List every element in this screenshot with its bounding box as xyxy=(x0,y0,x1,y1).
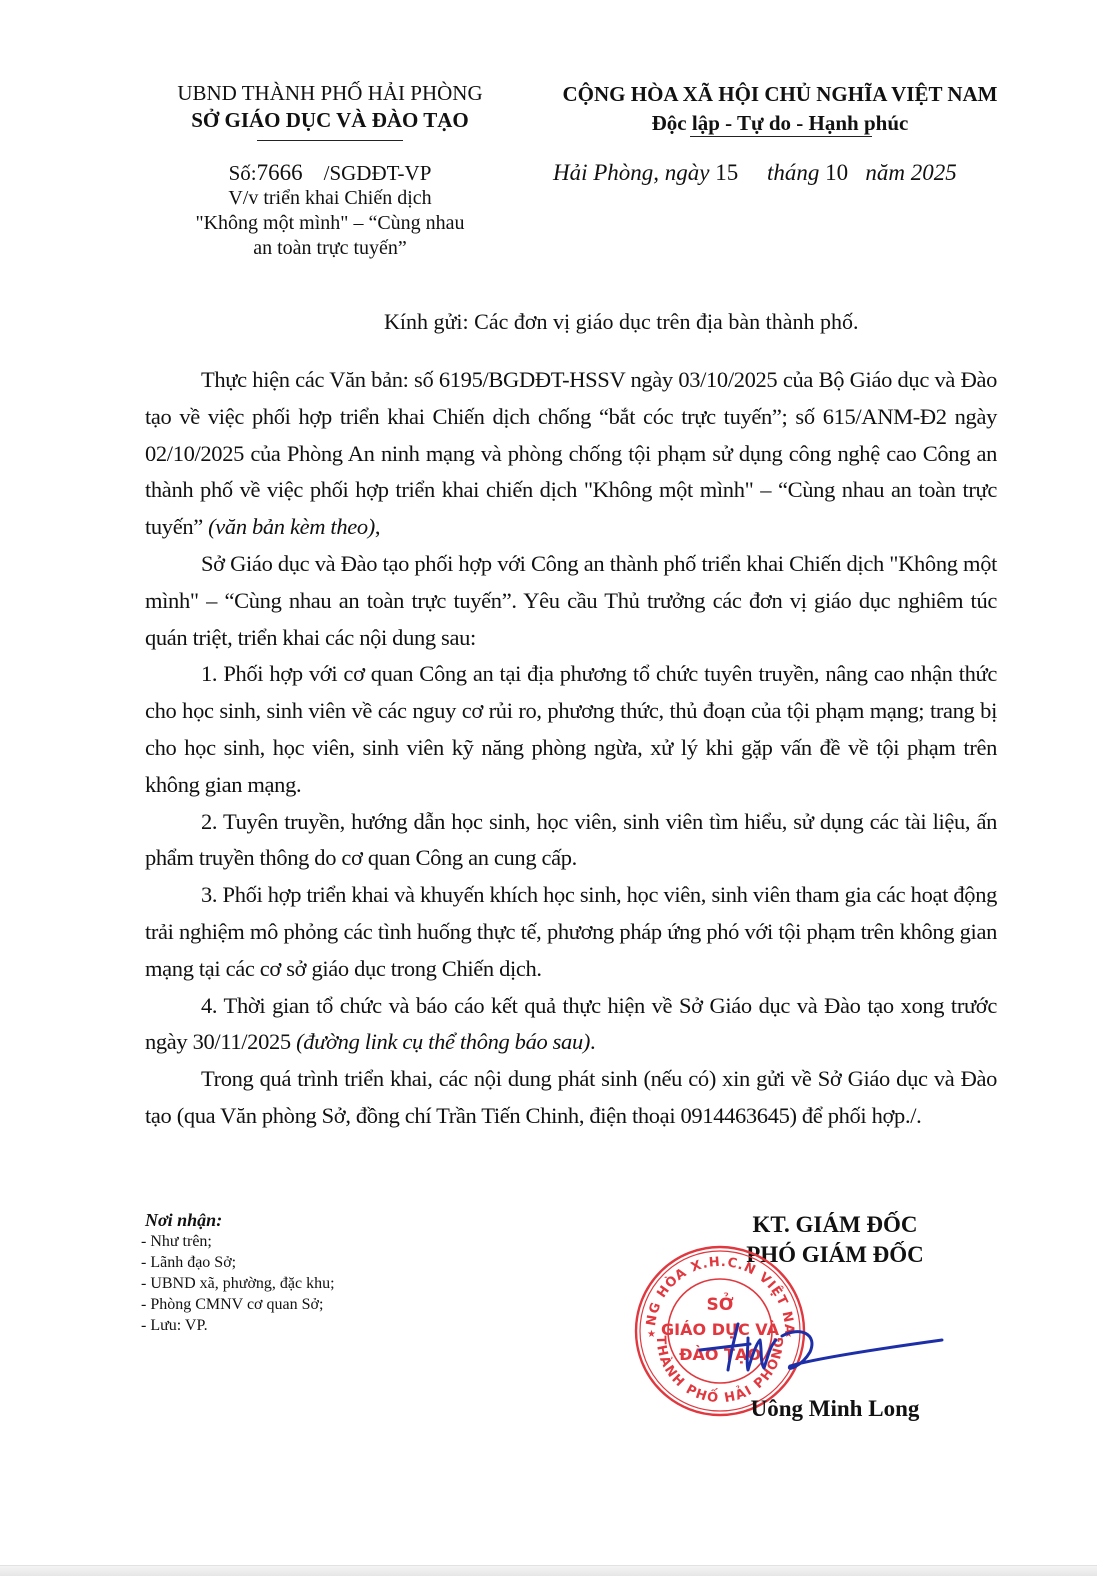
paragraph-closing: Trong quá trình triển khai, các nội dung… xyxy=(145,1061,997,1135)
paragraph-directive: Sở Giáo dục và Đào tạo phối hợp với Công… xyxy=(145,546,997,656)
attachment-note: (văn bản kèm theo) xyxy=(208,514,375,539)
issue-date: Hải Phòng, ngày 15 tháng 10 năm 2025 xyxy=(553,160,957,186)
receiver-item: - UBND xã, phường, đặc khu; xyxy=(141,1273,335,1294)
date-month-label: tháng xyxy=(767,160,819,185)
item-4-note: (đường link cụ thể thông báo sau) xyxy=(296,1029,590,1054)
page-edge xyxy=(0,1565,1097,1576)
department-name: SỞ GIÁO DỤC VÀ ĐÀO TẠO xyxy=(130,107,530,134)
issuing-authority-block: UBND THÀNH PHỐ HẢI PHÒNG SỞ GIÁO DỤC VÀ … xyxy=(130,80,530,261)
date-day: 15 xyxy=(715,160,738,185)
motto-underline xyxy=(690,136,873,137)
motto-text: Độc lập - Tự do - Hạnh phúc xyxy=(652,111,909,135)
document-number: Số:7666 /SGDĐT-VP xyxy=(130,160,530,186)
receiver-item: - Phòng CMNV cơ quan Sở; xyxy=(141,1294,335,1315)
number-value: 7666 xyxy=(257,160,303,185)
subject-line-2: "Không một mình" – “Cùng nhau xyxy=(130,211,530,236)
number-suffix: /SGDĐT-VP xyxy=(324,161,432,185)
document-body: Thực hiện các Văn bản: số 6195/BGDĐT-HSS… xyxy=(145,362,997,1135)
item-4-end: . xyxy=(590,1029,595,1054)
recipient-line: Kính gửi: Các đơn vị giáo dục trên địa b… xyxy=(384,309,858,335)
receiver-item: - Lãnh đạo Sở; xyxy=(141,1252,335,1273)
date-year-label: năm xyxy=(865,160,905,185)
receivers-title: Nơi nhận: xyxy=(145,1210,335,1231)
paragraph-basis: Thực hiện các Văn bản: số 6195/BGDĐT-HSS… xyxy=(145,362,997,546)
receivers-list: Nơi nhận: - Như trên; - Lãnh đạo Sở; - U… xyxy=(141,1210,335,1336)
department-underline xyxy=(257,140,403,141)
number-prefix: Số: xyxy=(229,161,257,185)
item-1: 1. Phối hợp với cơ quan Công an tại địa … xyxy=(145,656,997,803)
item-3: 3. Phối hợp triển khai và khuyến khích h… xyxy=(145,877,997,987)
signing-authority: KT. GIÁM ĐỐC xyxy=(700,1210,970,1240)
receiver-item: - Lưu: VP. xyxy=(141,1315,335,1336)
authority-name: UBND THÀNH PHỐ HẢI PHÒNG xyxy=(130,80,530,107)
national-heading: CỘNG HÒA XÃ HỘI CHỦ NGHĨA VIỆT NAM Độc l… xyxy=(530,80,1030,138)
date-place: Hải Phòng, ngày xyxy=(553,160,710,185)
signer-name: Uông Minh Long xyxy=(700,1396,970,1422)
date-month: 10 xyxy=(825,160,848,185)
item-4: 4. Thời gian tổ chức và báo cáo kết quả … xyxy=(145,988,997,1062)
nation-name: CỘNG HÒA XÃ HỘI CHỦ NGHĨA VIỆT NAM xyxy=(530,80,1030,109)
item-2: 2. Tuyên truyền, hướng dẫn học sinh, học… xyxy=(145,804,997,878)
date-year: 2025 xyxy=(911,160,957,185)
svg-text:★: ★ xyxy=(647,1329,656,1340)
receiver-item: - Như trên; xyxy=(141,1231,335,1252)
subject-line-3: an toàn trực tuyến” xyxy=(130,236,530,261)
motto: Độc lập - Tự do - Hạnh phúc xyxy=(652,109,909,138)
subject-line-1: V/v triển khai Chiến dịch xyxy=(130,186,530,211)
handwritten-signature-icon xyxy=(690,1310,950,1380)
basis-end: , xyxy=(375,514,380,539)
